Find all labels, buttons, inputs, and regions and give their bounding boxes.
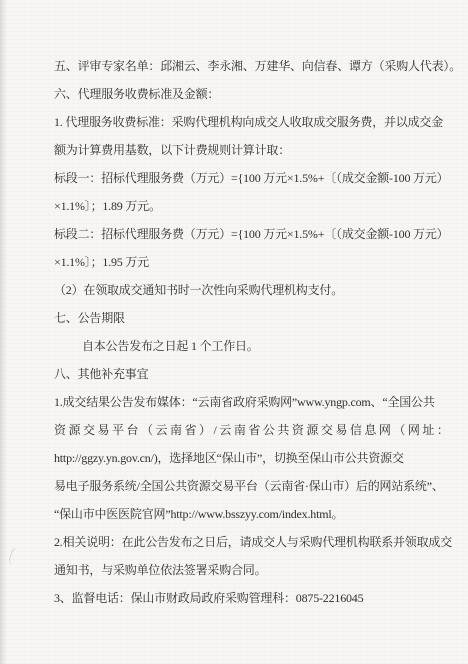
scan-edge-artifact [0, 0, 7, 664]
line-lot2-formula-1: 标段二：招标代理服务费（万元）={100 万元×1.5%+〔（成交金额-100 … [54, 220, 464, 248]
line-related-note-2: 通知书，与采购单位依法签署采购合同。 [54, 556, 464, 584]
line-lot1-formula-2: ×1.1%〕；1.89 万元。 [54, 192, 464, 220]
line-supervision-phone: 3、监督电话：保山市财政局政府采购管理科：0875-2216045 [54, 584, 464, 612]
line-section7-heading: 七、公告期限 [54, 304, 464, 332]
line-media-2: 资源交易平台（云南省）/云南省公共资源交易信息网（网址： [54, 416, 464, 444]
line-section6-heading: 六、代理服务收费标准及金额： [54, 80, 464, 108]
line-announcement-period: 自本公告发布之日起 1 个工作日。 [54, 332, 464, 360]
line-section8-heading: 八、其他补充事宜 [54, 360, 464, 388]
document-body: 五、评审专家名单：邱湘云、李永湘、万建华、向信春、谭方（采购人代表）。 六、代理… [54, 52, 464, 612]
scanned-document-page: 五、评审专家名单：邱湘云、李永湘、万建华、向信春、谭方（采购人代表）。 六、代理… [0, 0, 468, 664]
scan-smudge-artifact [7, 546, 25, 567]
line-related-note-1: 2.相关说明：在此公告发布之日后，请成交人与采购代理机构联系并领取成交 [54, 528, 464, 556]
line-payment-note: （2）在领取成交通知书时一次性向采购代理机构支付。 [54, 276, 464, 304]
line-fee-standard-2: 额为计算费用基数，以下计费规则计算计取： [54, 136, 464, 164]
line-lot1-formula-1: 标段一：招标代理服务费（万元）={100 万元×1.5%+〔（成交金额-100 … [54, 164, 464, 192]
line-fee-standard-1: 1. 代理服务收费标准：采购代理机构向成交人收取成交服务费，并以成交金 [54, 108, 464, 136]
line-media-3: http://ggzy.yn.gov.cn/)，选择地区“保山市”，切换至保山市… [54, 444, 464, 472]
line-expert-list: 五、评审专家名单：邱湘云、李永湘、万建华、向信春、谭方（采购人代表）。 [54, 52, 464, 80]
line-media-1: 1.成交结果公告发布媒体：“云南省政府采购网”www.yngp.com、“全国公… [54, 388, 464, 416]
line-media-4: 易电子服务系统/全国公共资源交易平台（云南省·保山市）后的网站系统”、 [54, 472, 464, 500]
line-media-5: “保山市中医医院官网”http://www.bsszyy.com/index.h… [54, 500, 464, 528]
line-lot2-formula-2: ×1.1%〕；1.95 万元 [54, 248, 464, 276]
